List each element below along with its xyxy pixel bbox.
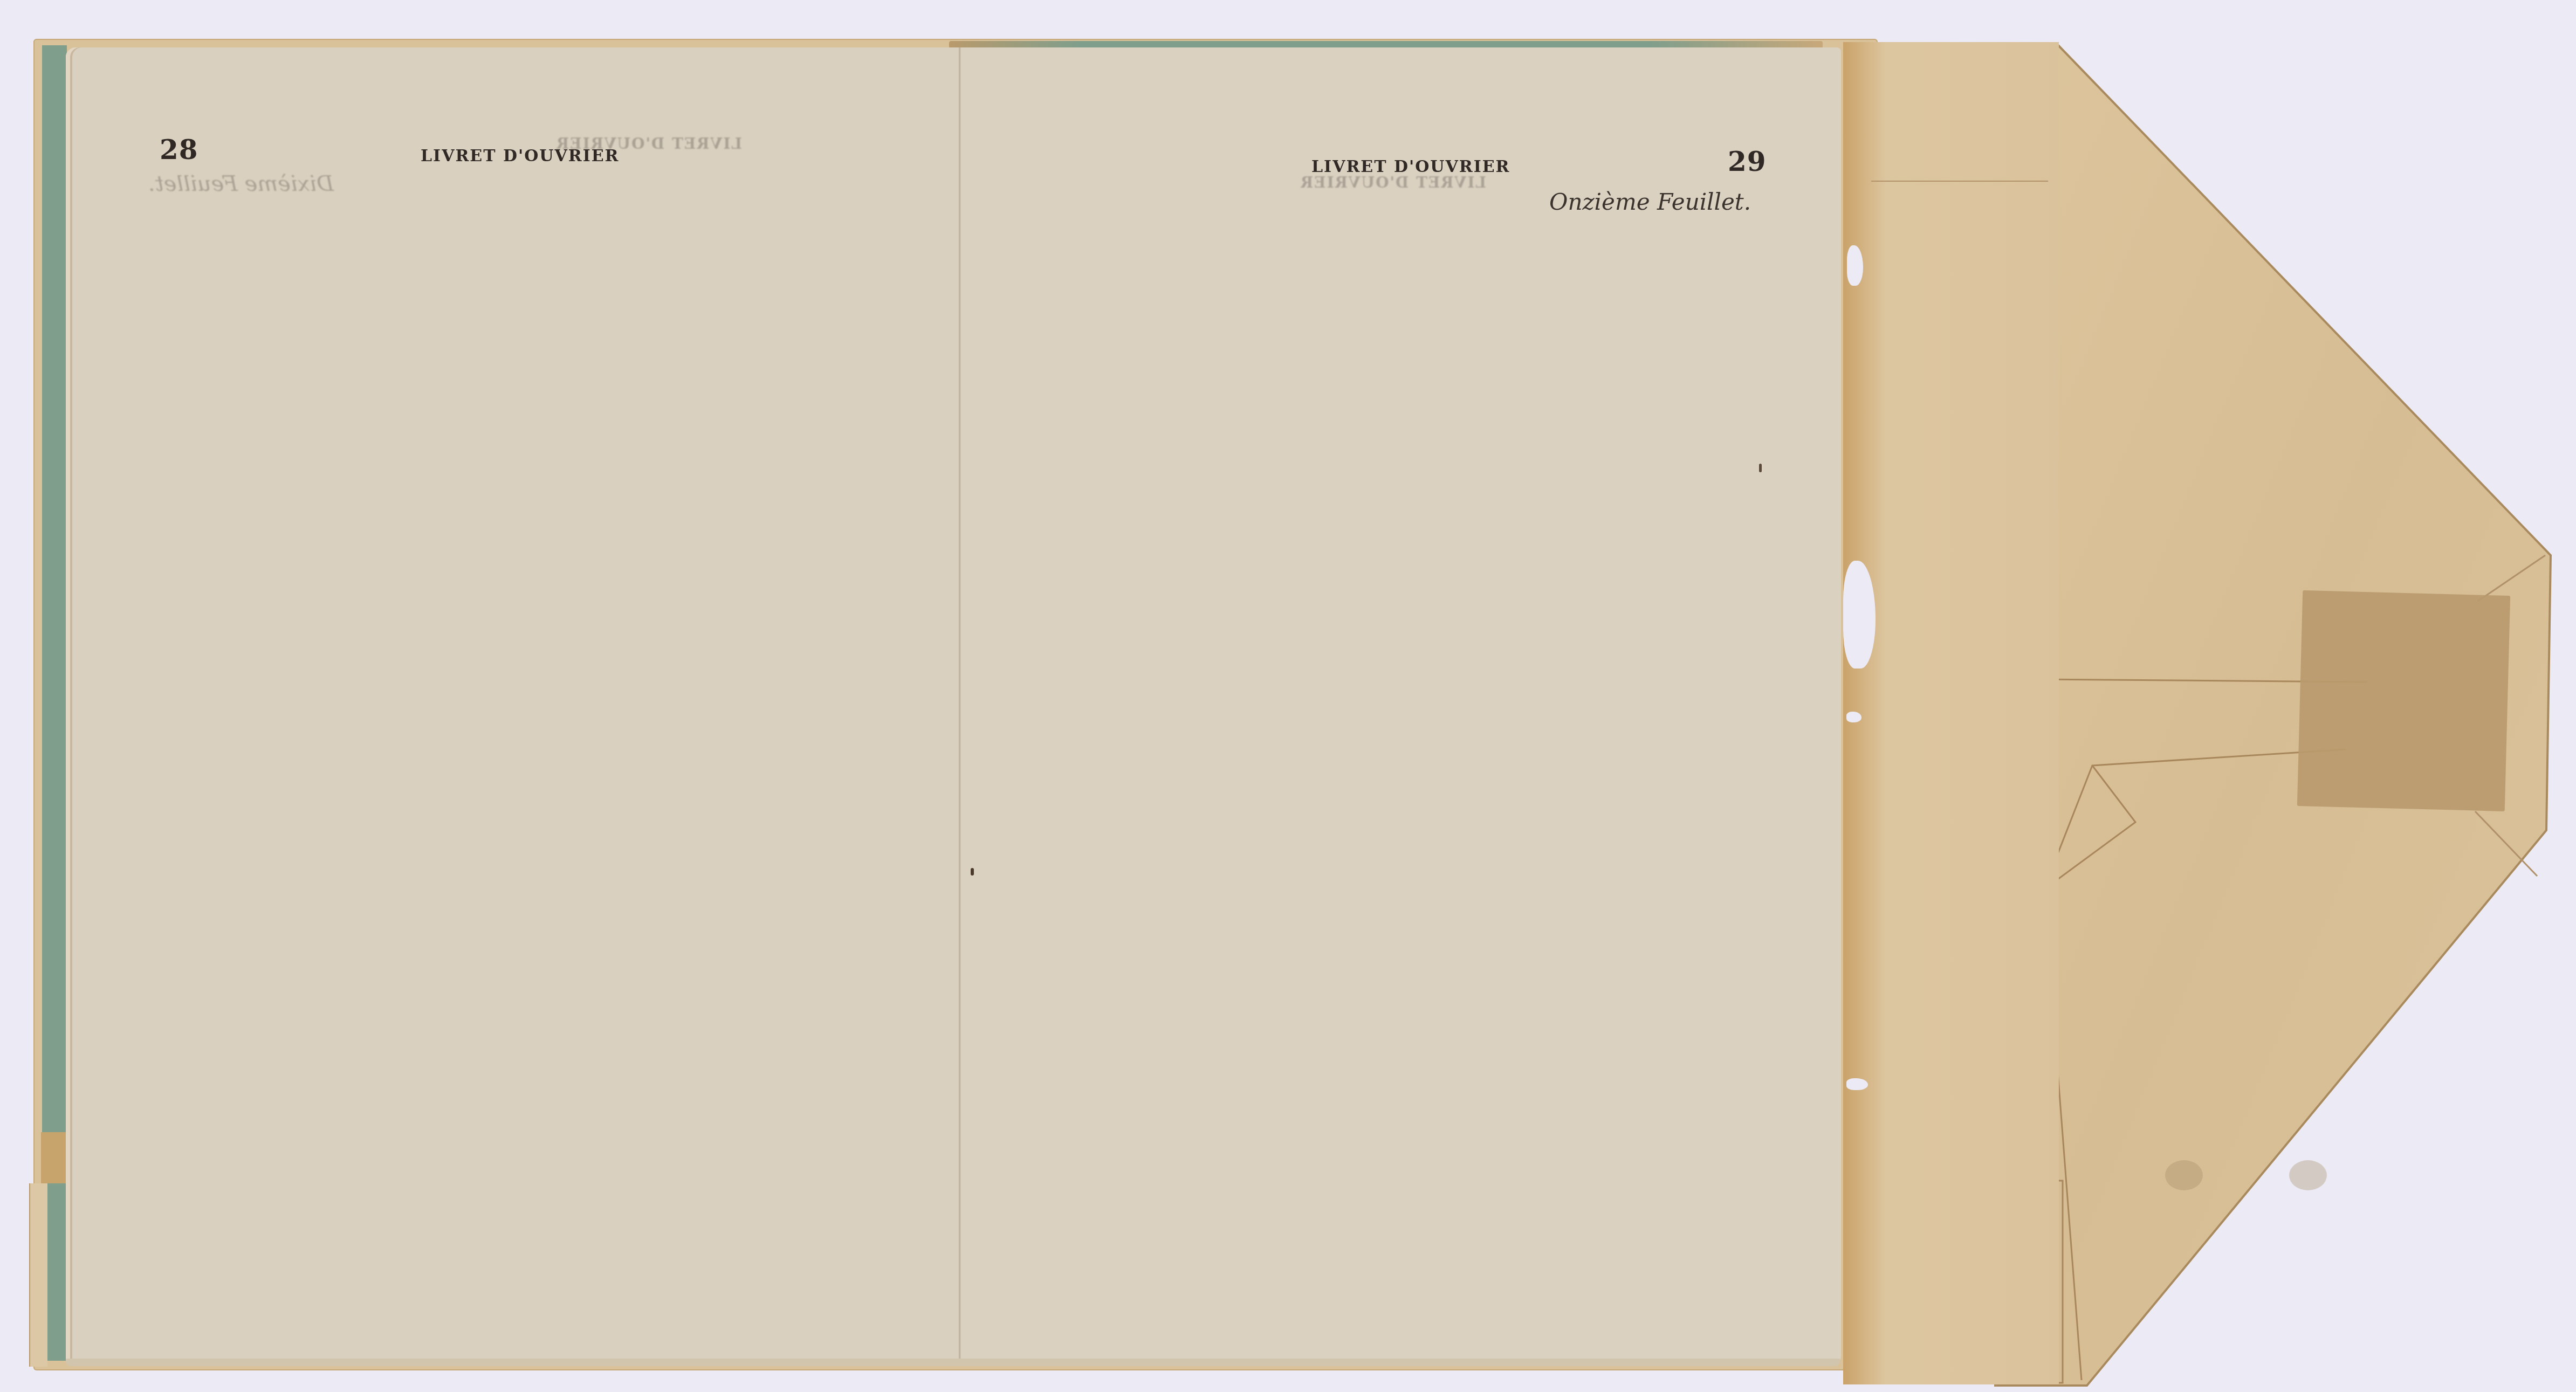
left-show-through-head: LIVRET D'OUVRIER — [555, 135, 742, 153]
page-bottom-edge — [66, 1359, 1840, 1366]
right-page-number: 29 — [1728, 146, 1767, 177]
right-section-title: Onzième Feuillet. — [1549, 189, 1751, 215]
left-page-number: 28 — [160, 134, 198, 166]
left-page — [66, 47, 960, 1363]
page-gutter — [959, 47, 961, 1363]
tape-patch — [2297, 590, 2510, 811]
ink-speck — [971, 868, 974, 876]
flap-fold-line — [1871, 181, 2048, 182]
right-page — [961, 47, 1841, 1363]
torn-cover-flap — [1843, 42, 2059, 1384]
right-show-through-head: LIVRET D'OUVRIER — [1300, 174, 1486, 191]
ink-speck — [1759, 464, 1762, 472]
left-show-through-section: Dixième Feuillet. — [148, 171, 334, 196]
torn-hole — [1846, 1078, 1868, 1090]
torn-hole — [1846, 712, 1861, 722]
